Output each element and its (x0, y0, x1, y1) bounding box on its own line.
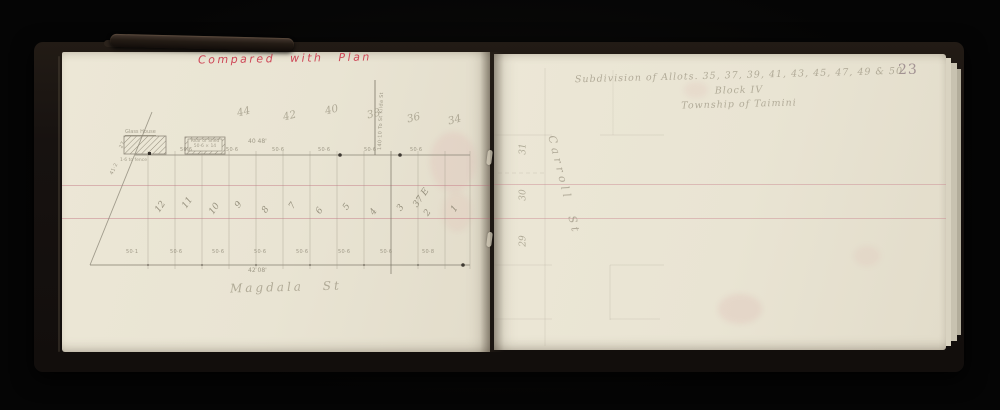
bottom-measurement: 50·6 (212, 249, 224, 255)
top-measurement: 50·6 (364, 147, 376, 153)
ink-smudge (718, 294, 762, 324)
top-measurement: 50·6 (272, 147, 284, 153)
bottom-measurement: 50·6 (296, 249, 308, 255)
top-measurement: 50·6 (410, 147, 422, 153)
field-book-photo: Compared with Plan 44 42 40 38 36 34 50·… (0, 0, 1000, 410)
survey-plan-drawing (62, 52, 490, 352)
top-measurement: 50·6 (318, 147, 330, 153)
book-spine (480, 52, 504, 352)
ink-smudge (854, 246, 880, 266)
bottom-measurement: 50·6 (254, 249, 266, 255)
page-edge-stack (957, 69, 961, 335)
bottom-measurement: 50·1 (126, 249, 138, 255)
margin-number: 30 (519, 189, 529, 200)
right-page: 23 Subdivision of Allots. 35, 37, 39, 41… (494, 54, 946, 350)
street-label-magdala: Magdala St (230, 279, 342, 296)
top-angle-note: 40 48' (248, 138, 267, 145)
bottom-angle-note: 42 08' (248, 267, 267, 274)
bottom-measurement: 50·6 (170, 249, 182, 255)
margin-number: 29 (519, 235, 529, 246)
bottom-measurement: 50·6 (338, 249, 350, 255)
fence-note: 1·6 to fence (120, 158, 147, 163)
glass-house-label: Glass House (125, 129, 156, 136)
cover-edge (58, 56, 60, 352)
shed-label: Rear of Shed 50·6 × 14 (188, 139, 222, 149)
top-measurement: 50·6 (226, 147, 238, 153)
margin-number: 31 (519, 143, 529, 154)
bottom-measurement: 50·6 (380, 249, 392, 255)
shed-label-line2: 50·6 × 14 (188, 144, 222, 149)
left-page: Compared with Plan 44 42 40 38 36 34 50·… (62, 52, 490, 352)
bottom-measurement: 50·8 (422, 249, 434, 255)
